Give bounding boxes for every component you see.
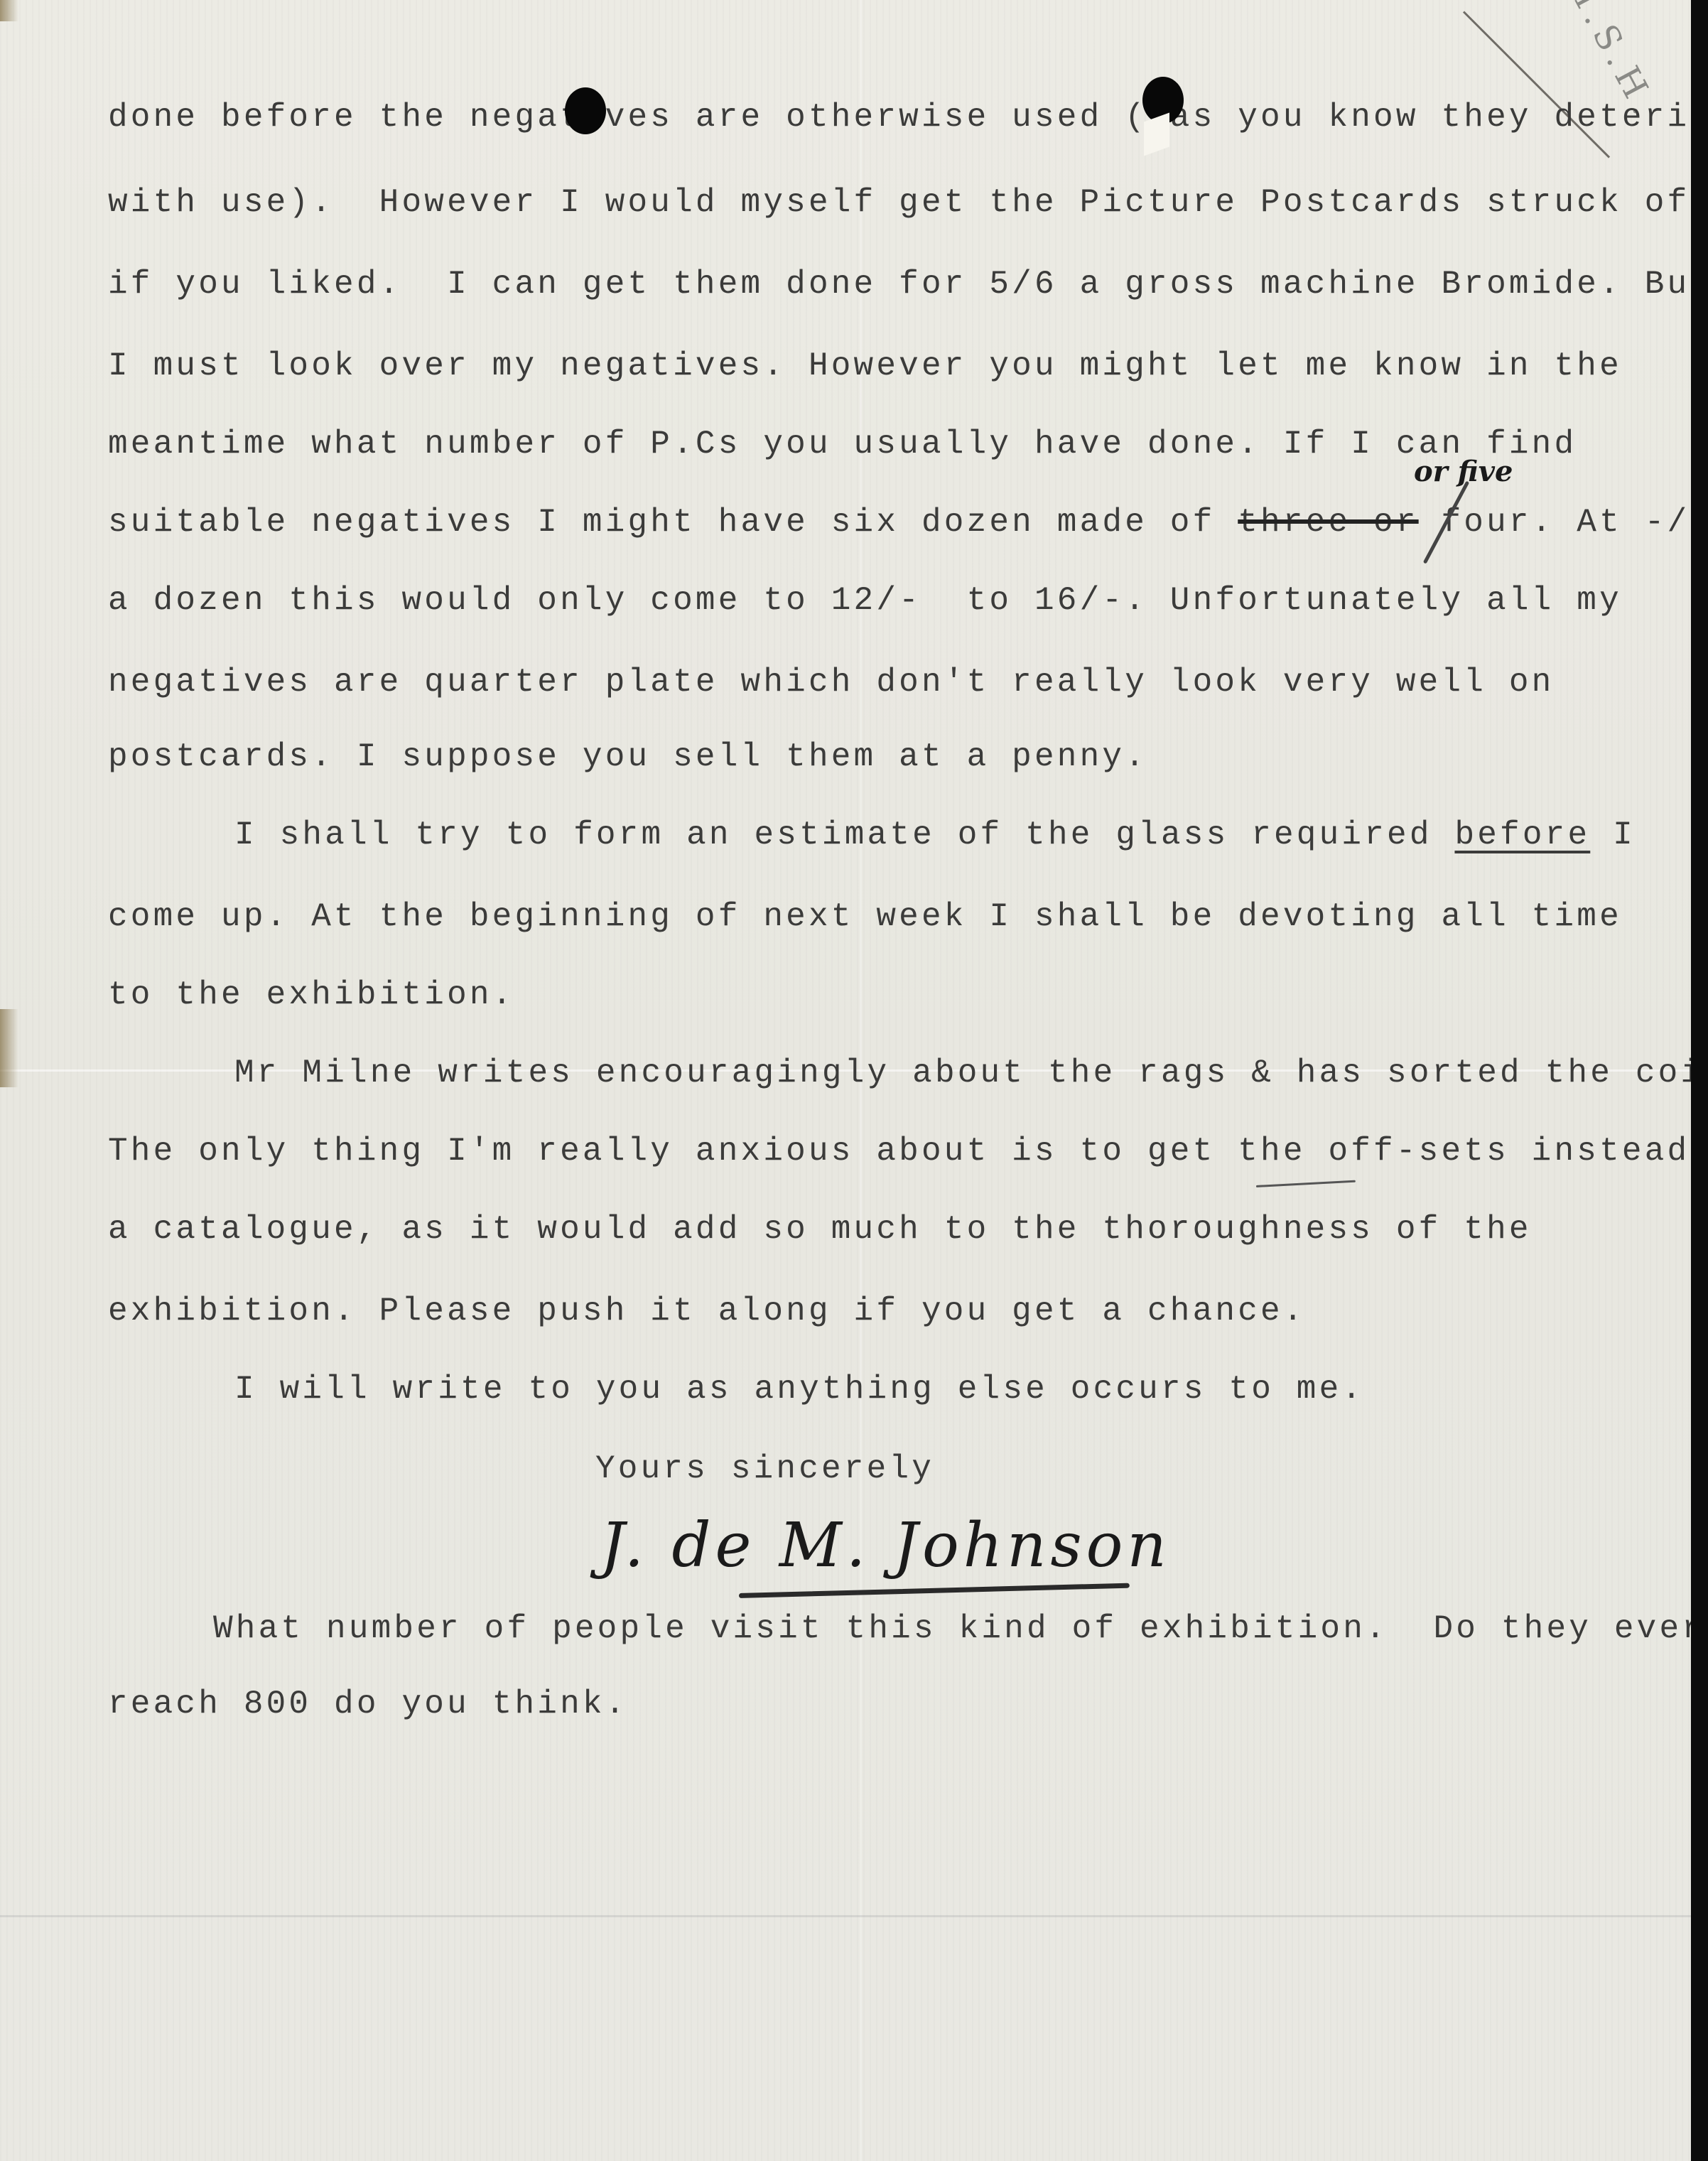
letter-line-1: done before the negatives are otherwise …: [108, 96, 1708, 139]
corner-stain: [0, 0, 18, 21]
edge-stain: [0, 1009, 18, 1087]
postscript-line-1: What number of people visit this kind of…: [213, 1607, 1704, 1650]
handwritten-insertion: or five: [1414, 455, 1513, 488]
letter-line-17: I will write to you as anything else occ…: [234, 1368, 1364, 1411]
letter-line-11: come up. At the beginning of next week I…: [108, 895, 1622, 938]
scan-border: [1691, 0, 1708, 2161]
line-10-before: I shall try to form an estimate of the g…: [234, 817, 1454, 853]
letter-line-14: The only thing I'm really anxious about …: [108, 1130, 1708, 1173]
letter-line-5: meantime what number of P.Cs you usually…: [108, 423, 1577, 465]
lower-fold-crease: [0, 1915, 1691, 1917]
letter-line-4: I must look over my negatives. However y…: [108, 345, 1622, 387]
struck-text: three or: [1238, 504, 1418, 541]
line-10-after: I: [1590, 817, 1636, 853]
letter-line-8: negatives are quarter plate which don't …: [108, 661, 1555, 704]
line-6-after: four. At -/6: [1419, 504, 1708, 541]
letter-line-13: Mr Milne writes encouragingly about the …: [234, 1052, 1708, 1094]
signature-underline: [739, 1583, 1130, 1598]
letter-line-2: with use). However I would myself get th…: [108, 181, 1708, 224]
letter-line-12: to the exhibition.: [108, 974, 514, 1016]
signature: J. de M. Johnson: [600, 1510, 1171, 1581]
letter-line-9: postcards. I suppose you sell them at a …: [108, 735, 1147, 778]
closing: Yours sincerely: [595, 1448, 934, 1490]
letter-line-16: exhibition. Please push it along if you …: [108, 1290, 1306, 1332]
punch-hole-left: [565, 87, 606, 134]
letter-line-15: a catalogue, as it would add so much to …: [108, 1208, 1532, 1251]
letter-line-7: a dozen this would only come to 12/- to …: [108, 579, 1622, 622]
letter-line-6: suitable negatives I might have six doze…: [108, 501, 1708, 544]
postscript-line-2: reach 800 do you think.: [108, 1683, 628, 1725]
pencil-underline: [1256, 1180, 1356, 1187]
line-6-before: suitable negatives I might have six doze…: [108, 504, 1238, 541]
letter-line-3: if you liked. I can get them done for 5/…: [108, 263, 1708, 306]
letter-line-10: I shall try to form an estimate of the g…: [234, 814, 1636, 856]
letter-page: H.S.H. done before the negatives are oth…: [0, 0, 1691, 2161]
underlined-word: before: [1454, 817, 1590, 853]
